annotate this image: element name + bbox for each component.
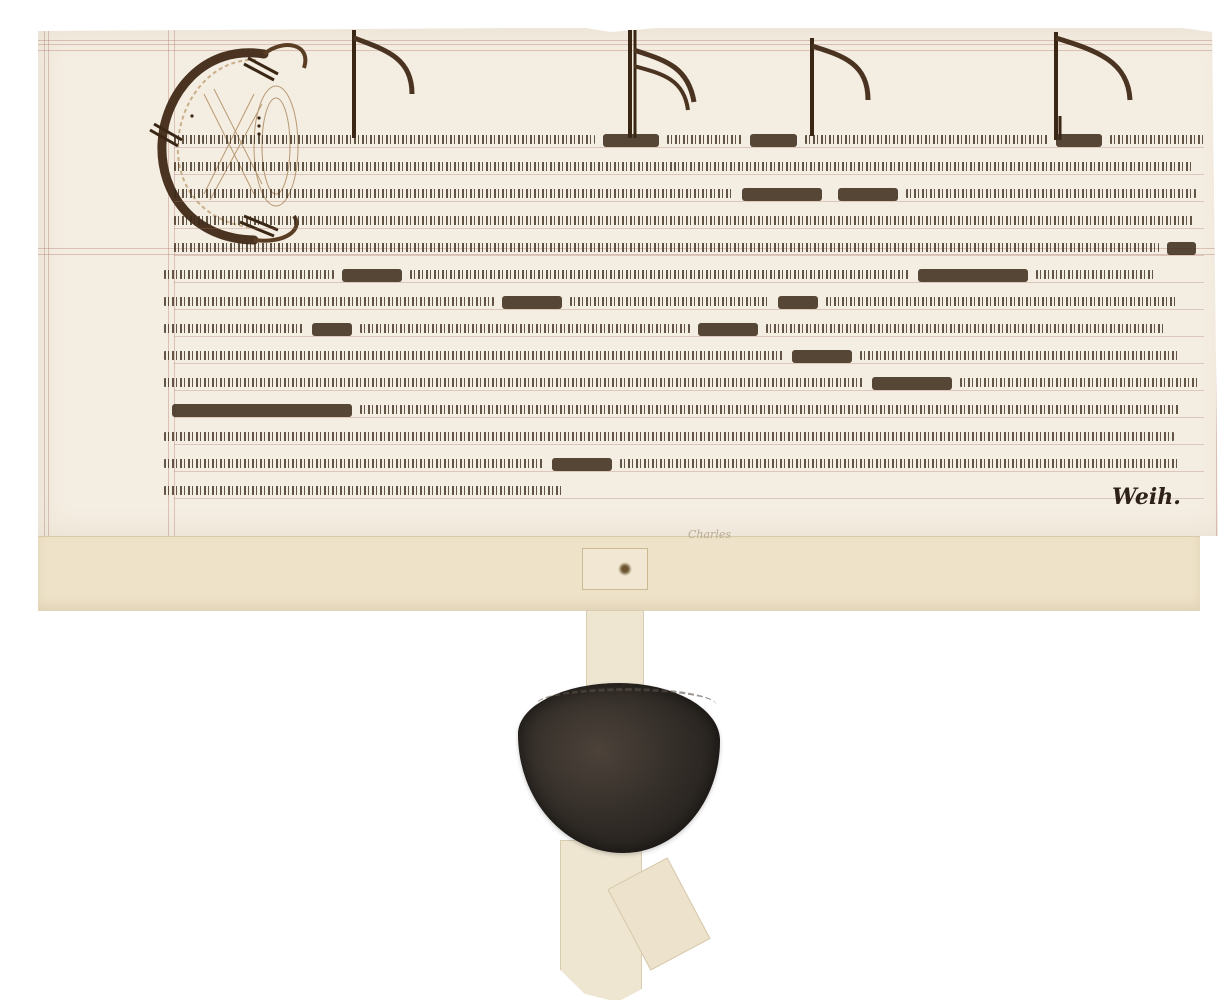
plica-paper-slip (582, 548, 648, 590)
ruling-line (174, 417, 1204, 418)
script-text (164, 297, 494, 306)
ruling-line (174, 147, 1204, 148)
script-text (174, 189, 734, 198)
ink-mark (618, 562, 632, 576)
script-text (202, 135, 595, 144)
ruling-line (174, 174, 1204, 175)
charter-text-line (164, 425, 1204, 444)
script-text (766, 324, 1166, 333)
script-text (360, 324, 690, 333)
script-text (174, 162, 674, 171)
charter-text-line (164, 290, 1204, 309)
ascender-cadel-4 (1050, 32, 1150, 142)
charter-text-line (164, 344, 1204, 363)
ruling-line (174, 255, 1204, 256)
ruling-line (174, 390, 1204, 391)
script-text (694, 216, 1194, 225)
script-text (960, 378, 1200, 387)
display-script-word (778, 296, 818, 309)
ruling-line (174, 444, 1204, 445)
display-script-word (792, 350, 852, 363)
display-script-word (698, 323, 758, 336)
script-text (164, 378, 864, 387)
script-text (164, 432, 1174, 441)
display-script-word (312, 323, 352, 336)
script-text (164, 459, 544, 468)
script-text (164, 486, 564, 495)
charter-text-line (164, 263, 1204, 282)
display-script-word (1167, 242, 1196, 255)
display-script-word (750, 134, 797, 147)
script-text (620, 459, 1180, 468)
display-script-word (1056, 134, 1103, 147)
script-text (164, 324, 304, 333)
script-text (667, 135, 742, 144)
charter-text-line (164, 452, 1204, 471)
pencil-annotation: Charles (688, 528, 731, 541)
charter-text-line (174, 128, 1204, 147)
display-script-word (742, 188, 822, 201)
charter-text-line (164, 317, 1204, 336)
script-text (1036, 270, 1156, 279)
ruling-line (174, 309, 1204, 310)
charter-text-line (164, 398, 1204, 417)
ruling-line (174, 471, 1204, 472)
script-text (860, 351, 1180, 360)
charter-text-line (164, 479, 1204, 498)
charter-text-line (174, 182, 1204, 201)
display-script-word (502, 296, 562, 309)
ruling-line (174, 201, 1204, 202)
ascender-cadel-1 (346, 30, 426, 140)
ascender-cadel-2 (624, 30, 704, 140)
ruling-line (174, 228, 1204, 229)
script-text (1110, 135, 1204, 144)
script-text (164, 351, 784, 360)
script-text (410, 270, 910, 279)
script-text (674, 162, 1194, 171)
script-text (174, 216, 694, 225)
script-text (826, 297, 1176, 306)
script-text (360, 405, 1180, 414)
scribe-signature: Weih. (1112, 484, 1181, 510)
charter-text-block (174, 128, 1204, 506)
ruling-line (174, 282, 1204, 283)
script-text (570, 297, 770, 306)
ruling-line (174, 363, 1204, 364)
script-text (174, 243, 1159, 252)
script-text (164, 270, 334, 279)
display-script-word (918, 269, 1028, 282)
script-text (174, 135, 202, 144)
script-text (906, 189, 1196, 198)
ruling-line (174, 498, 1204, 499)
display-script-word (603, 134, 659, 147)
display-script-word (872, 377, 952, 390)
display-script-word (838, 188, 898, 201)
charter-text-line (174, 155, 1204, 174)
display-script-word (172, 404, 352, 417)
charter-text-line (174, 209, 1204, 228)
ruling-line (174, 336, 1204, 337)
display-script-word (342, 269, 402, 282)
wax-seal-rim (536, 688, 716, 721)
charter-text-line (174, 236, 1204, 255)
ascender-cadel-3 (806, 38, 886, 138)
script-text (805, 135, 1048, 144)
charter-text-line (164, 371, 1204, 390)
display-script-word (552, 458, 612, 471)
